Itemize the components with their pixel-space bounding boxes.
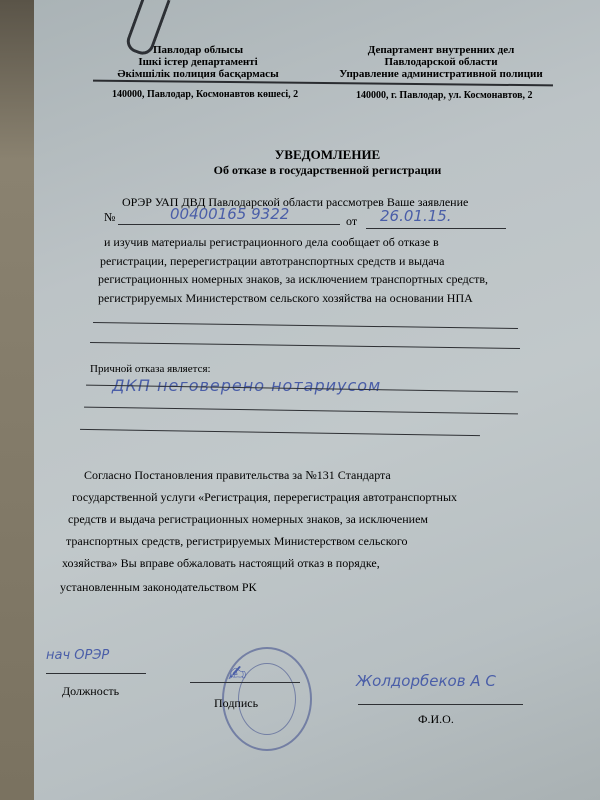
appeal-line: хозяйства» Вы вправе обжаловать настоящи… xyxy=(62,556,380,571)
appeal-line: транспортных средств, регистрируемых Мин… xyxy=(66,534,408,549)
document-title: УВЕДОМЛЕНИЕ xyxy=(150,147,505,163)
number-line xyxy=(118,224,340,225)
position-label: Должность xyxy=(62,684,119,699)
header-right-line: Павлодарской области xyxy=(330,56,552,68)
header-left-address: 140000, Павлодар, Космонавтов көшесі, 2 xyxy=(112,89,298,100)
body-line: и изучив материалы регистрационного дела… xyxy=(104,235,439,250)
header-right: Департамент внутренних дел Павлодарской … xyxy=(330,44,552,80)
reason-label: Причной отказа является: xyxy=(90,363,211,375)
document-page xyxy=(34,0,600,800)
body-line: регистрируемых Министерством сельского х… xyxy=(98,291,473,306)
body-line: регистрационных номерных знаков, за искл… xyxy=(98,272,488,287)
name-line xyxy=(358,704,523,705)
name-label: Ф.И.О. xyxy=(418,712,454,727)
position-line xyxy=(46,673,146,674)
application-date-field: 26.01.15. xyxy=(380,207,452,225)
position-field: нач ОРЭР xyxy=(46,648,109,663)
appeal-line: средств и выдача регистрационных номерны… xyxy=(68,512,428,527)
header-right-address: 140000, г. Павлодар, ул. Космонавтов, 2 xyxy=(356,90,532,101)
date-label: от xyxy=(346,214,357,229)
date-line xyxy=(366,228,506,229)
number-label: № xyxy=(104,210,115,225)
appeal-line: установленным законодательством РК xyxy=(60,580,257,595)
header-right-line: Управление административной полиции xyxy=(330,68,552,80)
name-field: Жолдорбеков А С xyxy=(356,672,496,690)
header-left-line: Әкімшілік полиция басқармасы xyxy=(98,68,298,80)
appeal-line: Согласно Постановления правительства за … xyxy=(84,468,391,483)
appeal-line: государственной услуги «Регистрация, пер… xyxy=(72,490,457,505)
signature-line xyxy=(190,682,300,683)
signature-mark: ✍ xyxy=(228,662,246,687)
header-right-line: Департамент внутренних дел xyxy=(330,44,552,56)
header-left-line: Павлодар облысы xyxy=(98,44,298,56)
application-number-field: 00400165 9322 xyxy=(170,205,289,223)
header-left-line: Ішкі істер департаменті xyxy=(98,56,298,68)
header-left: Павлодар облысы Ішкі істер департаменті … xyxy=(98,44,298,80)
signature-label: Подпись xyxy=(214,696,258,711)
body-line: регистрации, перерегистрации автотранспо… xyxy=(100,254,444,269)
document-subtitle: Об отказе в государственной регистрации xyxy=(150,163,505,178)
